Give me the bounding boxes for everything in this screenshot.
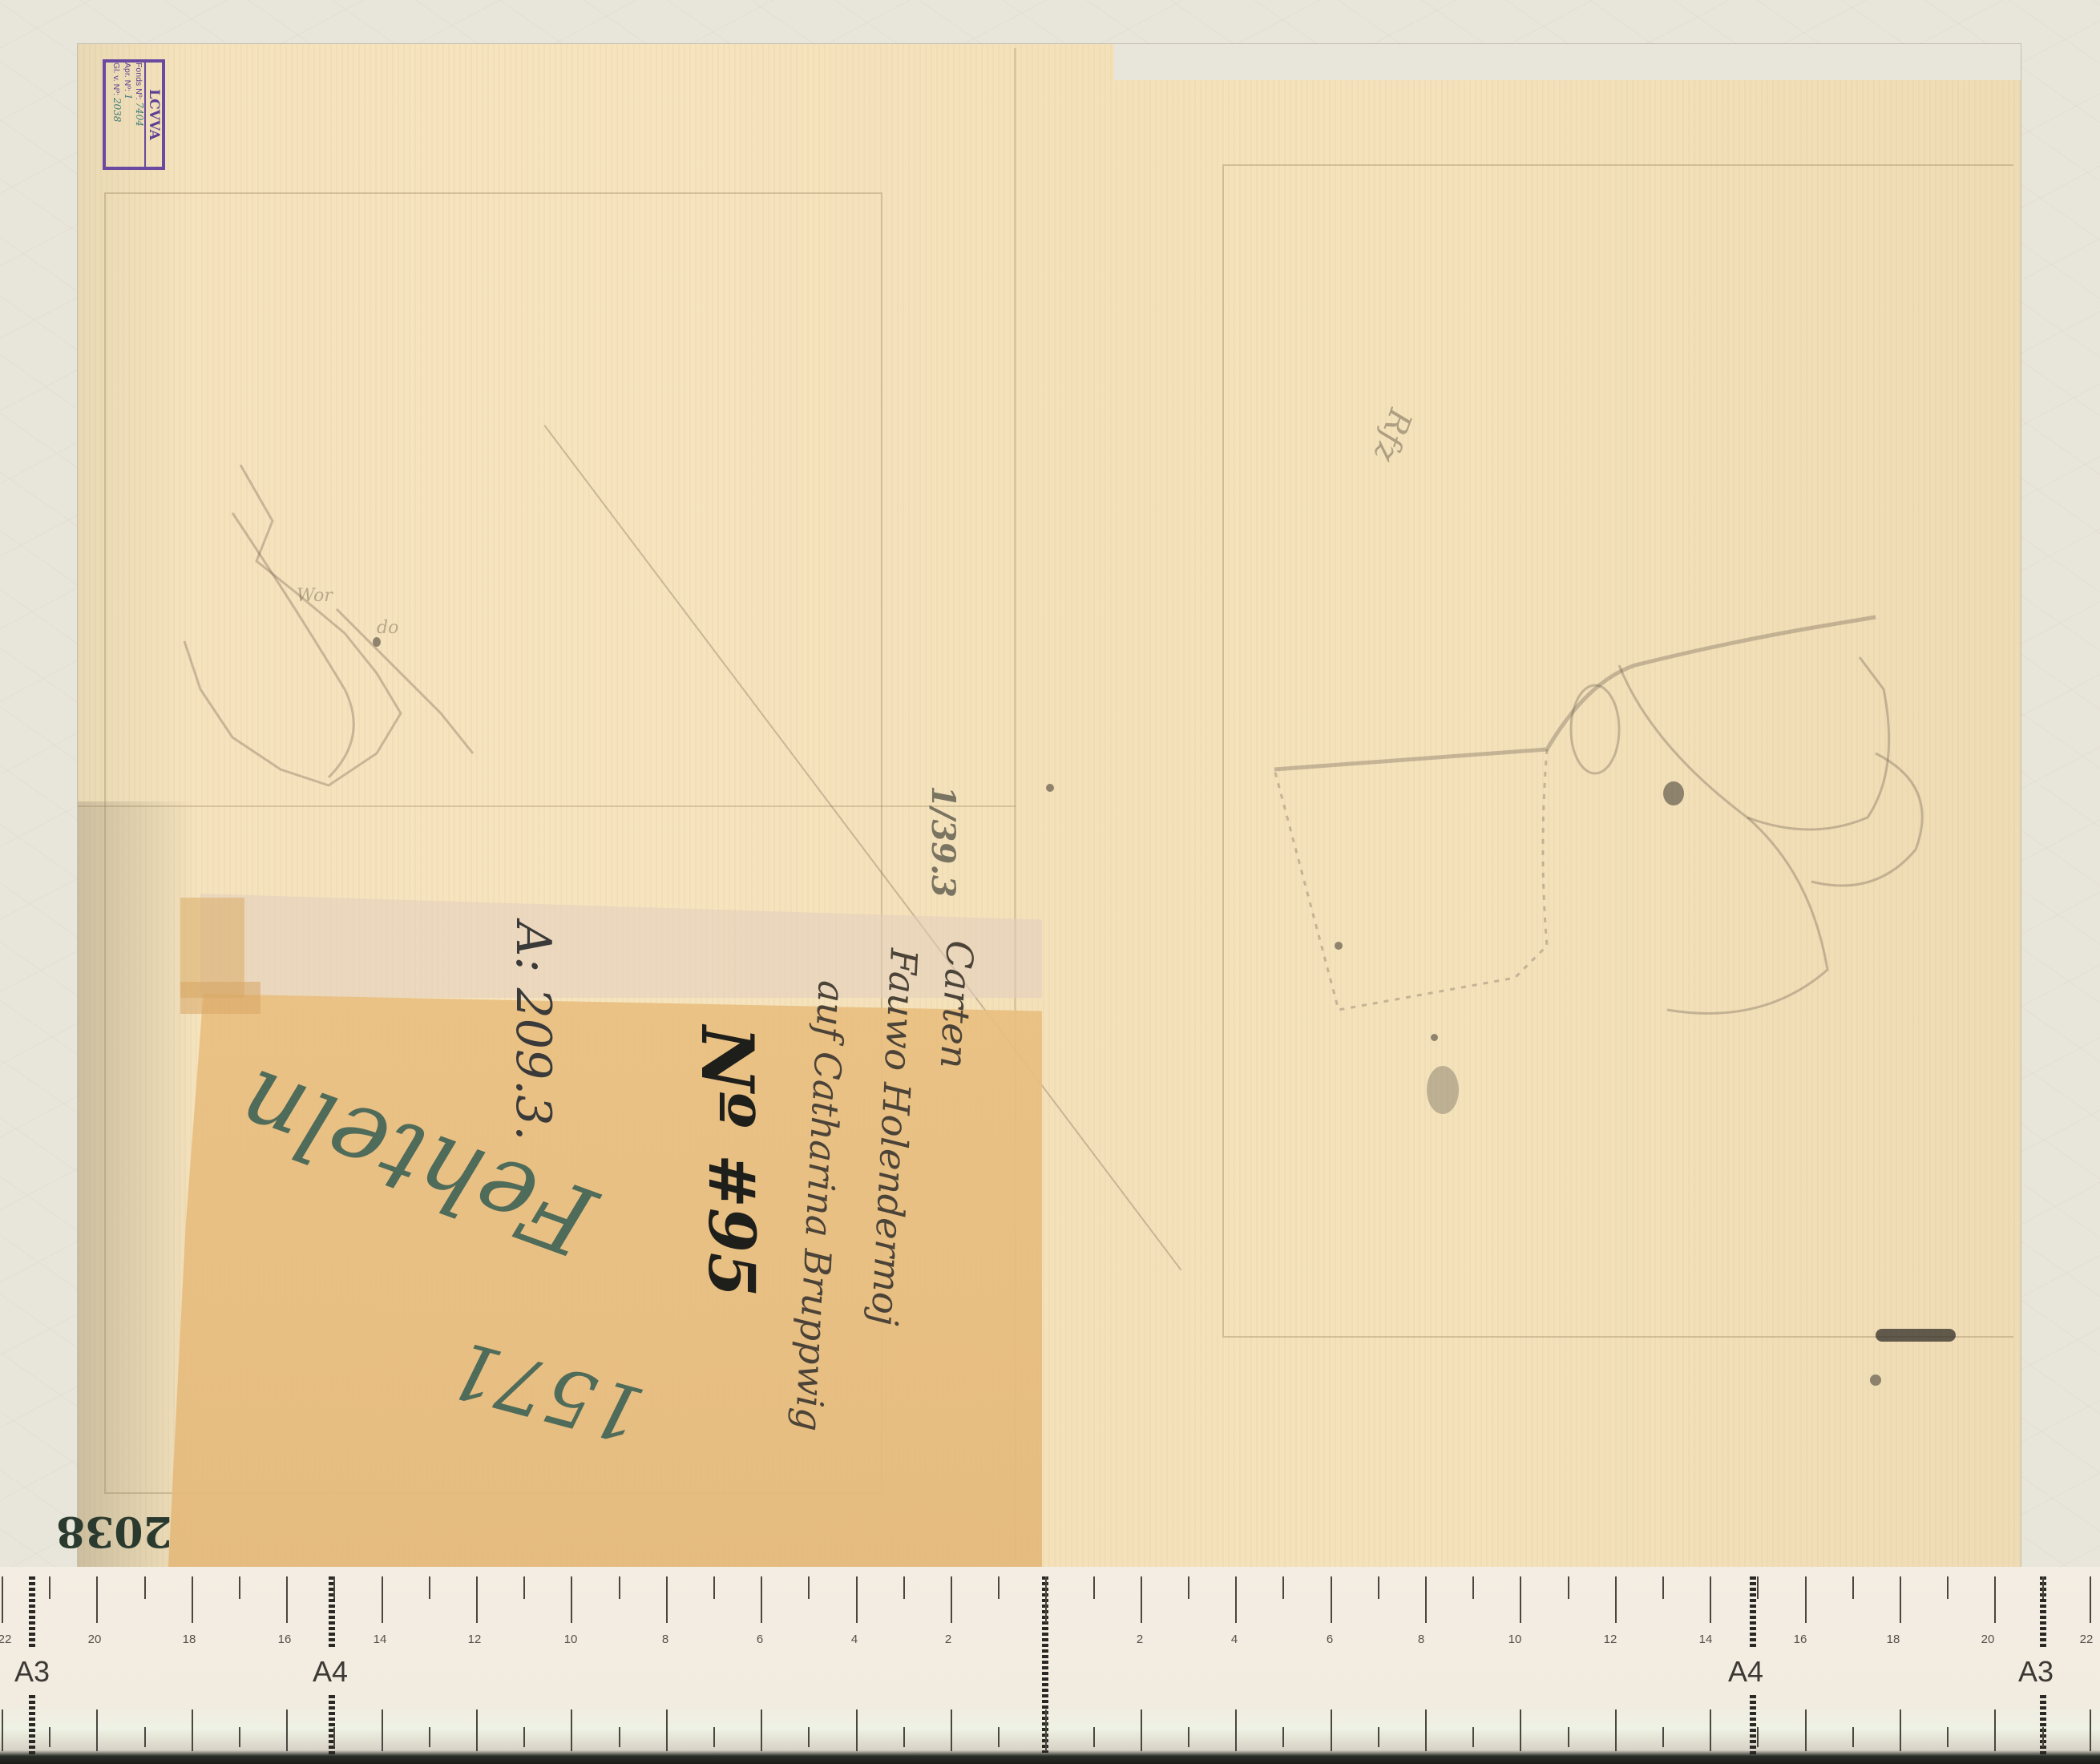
- ruler-label: 12: [468, 1633, 482, 1646]
- corner-sheet-number: 2038: [56, 1507, 172, 1556]
- ruler-tick: [808, 1576, 810, 1599]
- ruler-tick: [1425, 1710, 1427, 1751]
- ruler-tick: [2042, 1576, 2044, 1599]
- a3-marker-left-bottom: [29, 1695, 35, 1759]
- ruler-tick: [856, 1710, 858, 1751]
- ruler-tick: [1282, 1727, 1284, 1747]
- ruler-tick: [429, 1576, 430, 1599]
- svg-text:Wor: Wor: [297, 586, 333, 606]
- ruler-label: 8: [1418, 1633, 1424, 1646]
- ruler-tick: [761, 1710, 762, 1751]
- number-label: Nº: [685, 1026, 769, 1128]
- ruler-label: 20: [1981, 1633, 1995, 1646]
- ruler-tick: [1662, 1727, 1664, 1747]
- size-label-a3-left: A3: [14, 1655, 50, 1689]
- ruler-tick: [192, 1710, 193, 1751]
- ruler-label: 18: [1887, 1633, 1900, 1646]
- stamp-archive-name: LCVVA: [144, 63, 162, 167]
- ruler-tick: [1520, 1576, 1521, 1623]
- ruler-label: 6: [757, 1633, 763, 1646]
- a3-marker-left: [29, 1576, 35, 1649]
- sheet-offset-edge: [1114, 44, 2021, 80]
- ruler-tick: [2090, 1710, 2091, 1751]
- ruler-tick: [286, 1710, 288, 1751]
- ruler-label: 14: [374, 1633, 387, 1646]
- ruler-label: 10: [564, 1633, 578, 1646]
- ruler-tick: [1852, 1576, 1854, 1599]
- ruler-tick: [1900, 1710, 1901, 1751]
- ruler-tick: [998, 1576, 1000, 1599]
- ruler-tick: [49, 1576, 50, 1599]
- ruler-tick: [1045, 1576, 1047, 1623]
- ruler-tick: [619, 1576, 620, 1599]
- ruler-tick: [1757, 1576, 1759, 1599]
- measurement-ruler: 22 20 18 16 14 12 10 8 6 4 2 2 4 6 8 10 …: [0, 1567, 2100, 1764]
- svg-text:do: do: [377, 618, 398, 638]
- ruler-tick: [333, 1576, 335, 1599]
- ruler-tick: [1188, 1727, 1189, 1747]
- ruler-tick: [239, 1727, 240, 1747]
- ruler-tick: [1141, 1710, 1142, 1751]
- ruler-tick: [1331, 1710, 1332, 1751]
- ruler-tick: [1947, 1576, 1949, 1599]
- ruler-label: 22: [2080, 1633, 2094, 1646]
- ruler-tick: [1235, 1576, 1237, 1623]
- stamp-apr-row: Apr. Nº: 1: [122, 63, 133, 167]
- ruler-tick: [1093, 1727, 1095, 1747]
- size-label-a4-left: A4: [313, 1655, 348, 1689]
- ruler-tick: [1710, 1710, 1711, 1751]
- archive-stamp: LCVVA Fonds Nº: 7404 Apr. Nº: 1 Gl. v. N…: [103, 59, 165, 170]
- stamp-fonds-value: 7404: [134, 102, 145, 127]
- ruler-tick: [2090, 1576, 2091, 1623]
- ruler-tick: [523, 1727, 525, 1747]
- ruler-tick: [1472, 1727, 1474, 1747]
- ruler-tick: [1472, 1576, 1474, 1599]
- ruler-tick: [1282, 1576, 1284, 1599]
- ruler-tick: [1710, 1576, 1711, 1623]
- ruler-tick: [382, 1710, 383, 1751]
- ruler-label: 22: [0, 1633, 11, 1646]
- ruler-tick: [1188, 1576, 1189, 1599]
- ruler-label: 16: [1794, 1633, 1807, 1646]
- ruler-tick: [666, 1710, 668, 1751]
- ruler-tick: [476, 1710, 478, 1751]
- ruler-tick: [1662, 1576, 1664, 1599]
- ruler-tick: [1141, 1576, 1142, 1623]
- ruler-tick: [1568, 1576, 1569, 1599]
- number-value: #95: [694, 1154, 769, 1297]
- ruler-tick: [144, 1727, 146, 1747]
- ruler-tick: [1994, 1576, 1996, 1623]
- ruler-tick: [713, 1727, 715, 1747]
- ruler-tick: [856, 1576, 858, 1623]
- ruler-tick: [2, 1576, 3, 1623]
- ruler-label: 14: [1699, 1633, 1713, 1646]
- ruler-label: 8: [662, 1633, 668, 1646]
- ruler-tick: [523, 1576, 525, 1599]
- ruler-tick: [713, 1576, 715, 1599]
- tape-strip-small: [180, 982, 260, 1014]
- ruler-tick: [666, 1576, 668, 1623]
- ruler-tick: [96, 1576, 98, 1623]
- ruler-label: 18: [183, 1633, 196, 1646]
- ruler-tick: [1947, 1727, 1949, 1747]
- size-label-a3-right: A3: [2018, 1655, 2054, 1689]
- ruler-tick: [1235, 1710, 1237, 1751]
- stamp-fonds-row: Fonds Nº: 7404: [133, 63, 144, 167]
- ruler-tick: [761, 1576, 762, 1623]
- ruler-tick: [382, 1576, 383, 1623]
- stamp-apr-value: 1: [123, 94, 134, 100]
- ruler-tick: [1900, 1576, 1901, 1623]
- ruler-tick: [951, 1710, 952, 1751]
- ruler-tick: [144, 1576, 146, 1599]
- ruler-tick: [1805, 1576, 1807, 1623]
- ruler-tick: [286, 1576, 288, 1623]
- stamp-gl-row: Gl. v. Nº: 2038: [111, 63, 122, 167]
- ruler-label: 6: [1327, 1633, 1333, 1646]
- ruler-tick: [998, 1727, 1000, 1747]
- ruler-tick: [96, 1710, 98, 1751]
- ruler-tick: [571, 1576, 572, 1623]
- ruler-tick: [1615, 1576, 1617, 1623]
- ruler-tick: [1331, 1576, 1332, 1623]
- ruler-tick: [1378, 1576, 1379, 1599]
- ruler-tick: [951, 1576, 952, 1623]
- ruler-tick: [49, 1727, 50, 1747]
- ruler-tick: [808, 1727, 810, 1747]
- ruler-tick: [333, 1727, 335, 1747]
- a4-marker-right-bottom: [1750, 1695, 1756, 1759]
- ruler-tick: [1520, 1710, 1521, 1751]
- archive-reference: A: 209.3.: [505, 922, 561, 1140]
- ruler-tick: [192, 1576, 193, 1623]
- ruler-tick: [429, 1727, 430, 1747]
- ruler-tick: [2, 1710, 3, 1751]
- ruler-tick: [903, 1727, 905, 1747]
- ruler-tick: [2042, 1727, 2044, 1747]
- ruler-label: 12: [1604, 1633, 1617, 1646]
- a4-marker-right: [1750, 1576, 1756, 1649]
- ruler-tick: [1852, 1727, 1854, 1747]
- ruler-label: 2: [945, 1633, 951, 1646]
- ruler-label: 10: [1508, 1633, 1522, 1646]
- ruler-tick: [1425, 1576, 1427, 1623]
- ruler-label: 4: [851, 1633, 858, 1646]
- ruler-tick: [619, 1727, 620, 1747]
- endorsement-line-1: Carten: [932, 939, 982, 1070]
- ruler-tick: [903, 1576, 905, 1599]
- size-label-a4-right: A4: [1728, 1655, 1763, 1689]
- ruler-tick: [476, 1576, 478, 1623]
- ruler-tick: [1994, 1710, 1996, 1751]
- ruler-label: 4: [1231, 1633, 1238, 1646]
- ruler-tick: [1378, 1727, 1379, 1747]
- ruler-tick: [1615, 1710, 1617, 1751]
- ruler-tick: [571, 1710, 572, 1751]
- ruler-tick: [1757, 1727, 1759, 1747]
- ruler-label: 20: [88, 1633, 102, 1646]
- centre-reference: 1/39.3: [924, 785, 962, 898]
- ruler-tick: [1805, 1710, 1807, 1751]
- ruler-tick: [1093, 1576, 1095, 1599]
- ruler-label: 2: [1137, 1633, 1143, 1646]
- ruler-tick: [239, 1576, 240, 1599]
- ruler-tick: [1568, 1727, 1569, 1747]
- ruler-tick: [1045, 1710, 1047, 1751]
- ruler-label: 16: [278, 1633, 292, 1646]
- stamp-gl-value: 2038: [111, 98, 123, 123]
